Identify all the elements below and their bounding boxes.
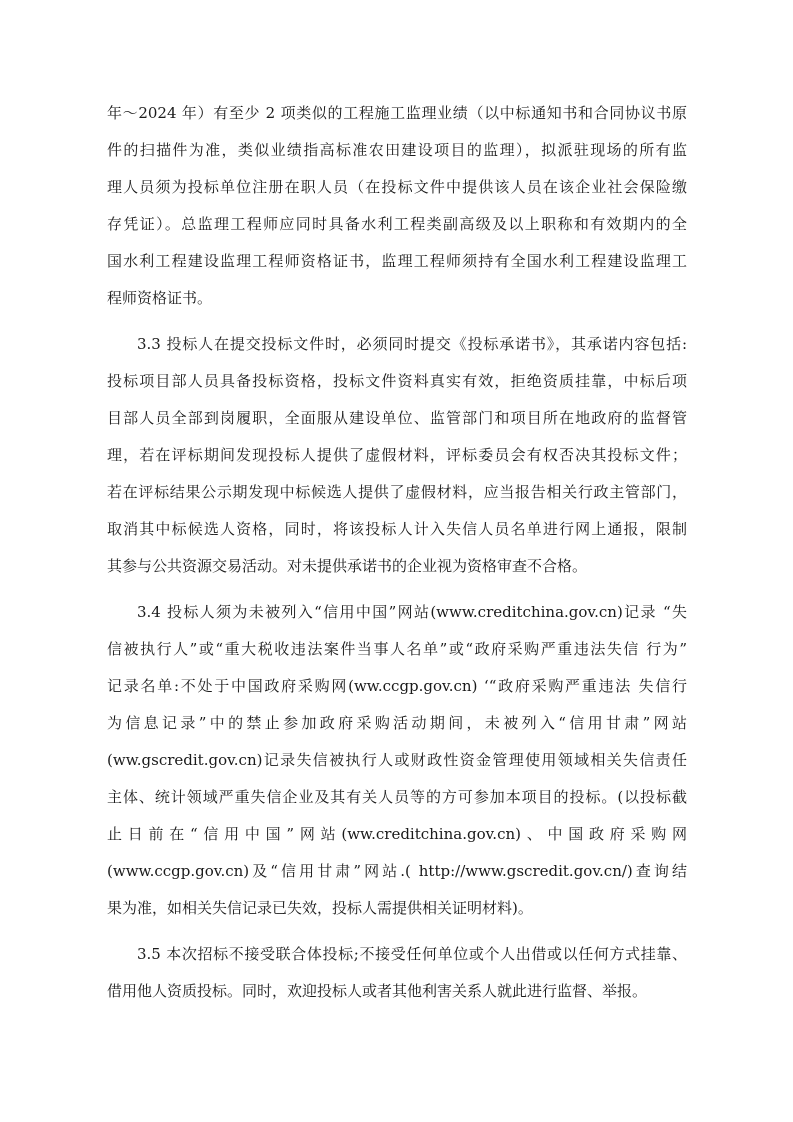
text-line: 取消其中标候选人资格，同时，将该投标人计入失信人员名单进行网上通报，限制 — [107, 511, 687, 548]
paragraph-3-5-no-consortium: 3.5 本次招标不接受联合体投标;不接受任何单位或个人出借或以任何方式挂靠、 借… — [107, 936, 687, 1010]
paragraph-3-3-commitment-letter: 3.3 投标人在提交投标文件时，必须同时提交《投标承诺书》，其承诺内容包括: 投… — [107, 326, 687, 585]
text-line: 主体、统计领域严重失信企业及其有关人员等的方可参加本项目的投标。(以投标截 — [107, 779, 687, 816]
paragraph-qualification-continued: 年～2024 年）有至少 2 项类似的工程施工监理业绩（以中标通知书和合同协议书… — [107, 95, 687, 317]
text-line: 年～2024 年）有至少 2 项类似的工程施工监理业绩（以中标通知书和合同协议书… — [107, 95, 687, 132]
text-line: 止日前在“信用中国”网站(ww.creditchina.gov.cn)、中国政府… — [107, 816, 687, 853]
text-line: 若在评标结果公示期发现中标候选人提供了虚假材料，应当报告相关行政主管部门， — [107, 474, 687, 511]
text-line: 记录名单:不处于中国政府采购网(ww.ccgp.gov.cn) ‘“政府采购严重… — [107, 668, 687, 705]
text-line: 借用他人资质投标。同时，欢迎投标人或者其他利害关系人就此进行监督、举报。 — [107, 973, 687, 1010]
text-line: 国水利工程建设监理工程师资格证书，监理工程师须持有全国水利工程建设监理工 — [107, 243, 687, 280]
text-line: 理，若在评标期间发现投标人提供了虚假材料，评标委员会有权否决其投标文件； — [107, 437, 687, 474]
text-line: 其参与公共资源交易活动。对未提供承诺书的企业视为资格审查不合格。 — [107, 548, 687, 585]
text-line: 目部人员全部到岗履职，全面服从建设单位、监管部门和项目所在地政府的监督管 — [107, 400, 687, 437]
text-line: 信被执行人”或“重大税收违法案件当事人名单”或“政府采购严重违法失信 行为” — [107, 631, 687, 668]
text-line: 程师资格证书。 — [107, 280, 687, 317]
text-line: 存凭证）。总监理工程师应同时具备水利工程类副高级及以上职称和有效期内的全 — [107, 206, 687, 243]
paragraph-3-4-credit-record: 3.4 投标人须为未被列入“信用中国”网站(www.creditchina.go… — [107, 594, 687, 927]
text-line: (www.ccgp.gov.cn)及“信用甘肃”网站.( http://www.… — [107, 853, 687, 890]
text-line: 3.4 投标人须为未被列入“信用中国”网站(www.creditchina.go… — [107, 594, 687, 631]
text-line: 理人员须为投标单位注册在职人员（在投标文件中提供该人员在该企业社会保险缴 — [107, 169, 687, 206]
text-line: 果为准，如相关失信记录已失效，投标人需提供相关证明材料)。 — [107, 890, 687, 927]
text-line: 3.3 投标人在提交投标文件时，必须同时提交《投标承诺书》，其承诺内容包括: — [107, 326, 687, 363]
document-page: 年～2024 年）有至少 2 项类似的工程施工监理业绩（以中标通知书和合同协议书… — [107, 95, 687, 1010]
text-line: 3.5 本次招标不接受联合体投标;不接受任何单位或个人出借或以任何方式挂靠、 — [107, 936, 687, 973]
text-line: 投标项目部人员具备投标资格，投标文件资料真实有效，拒绝资质挂靠，中标后项 — [107, 363, 687, 400]
text-line: (ww.gscredit.gov.cn)记录失信被执行人或财政性资金管理使用领域… — [107, 742, 687, 779]
text-line: 为信息记录”中的禁止参加政府采购活动期间，未被列入“信用甘肃”网站 — [107, 705, 687, 742]
text-line: 件的扫描件为准，类似业绩指高标准农田建设项目的监理），拟派驻现场的所有监 — [107, 132, 687, 169]
